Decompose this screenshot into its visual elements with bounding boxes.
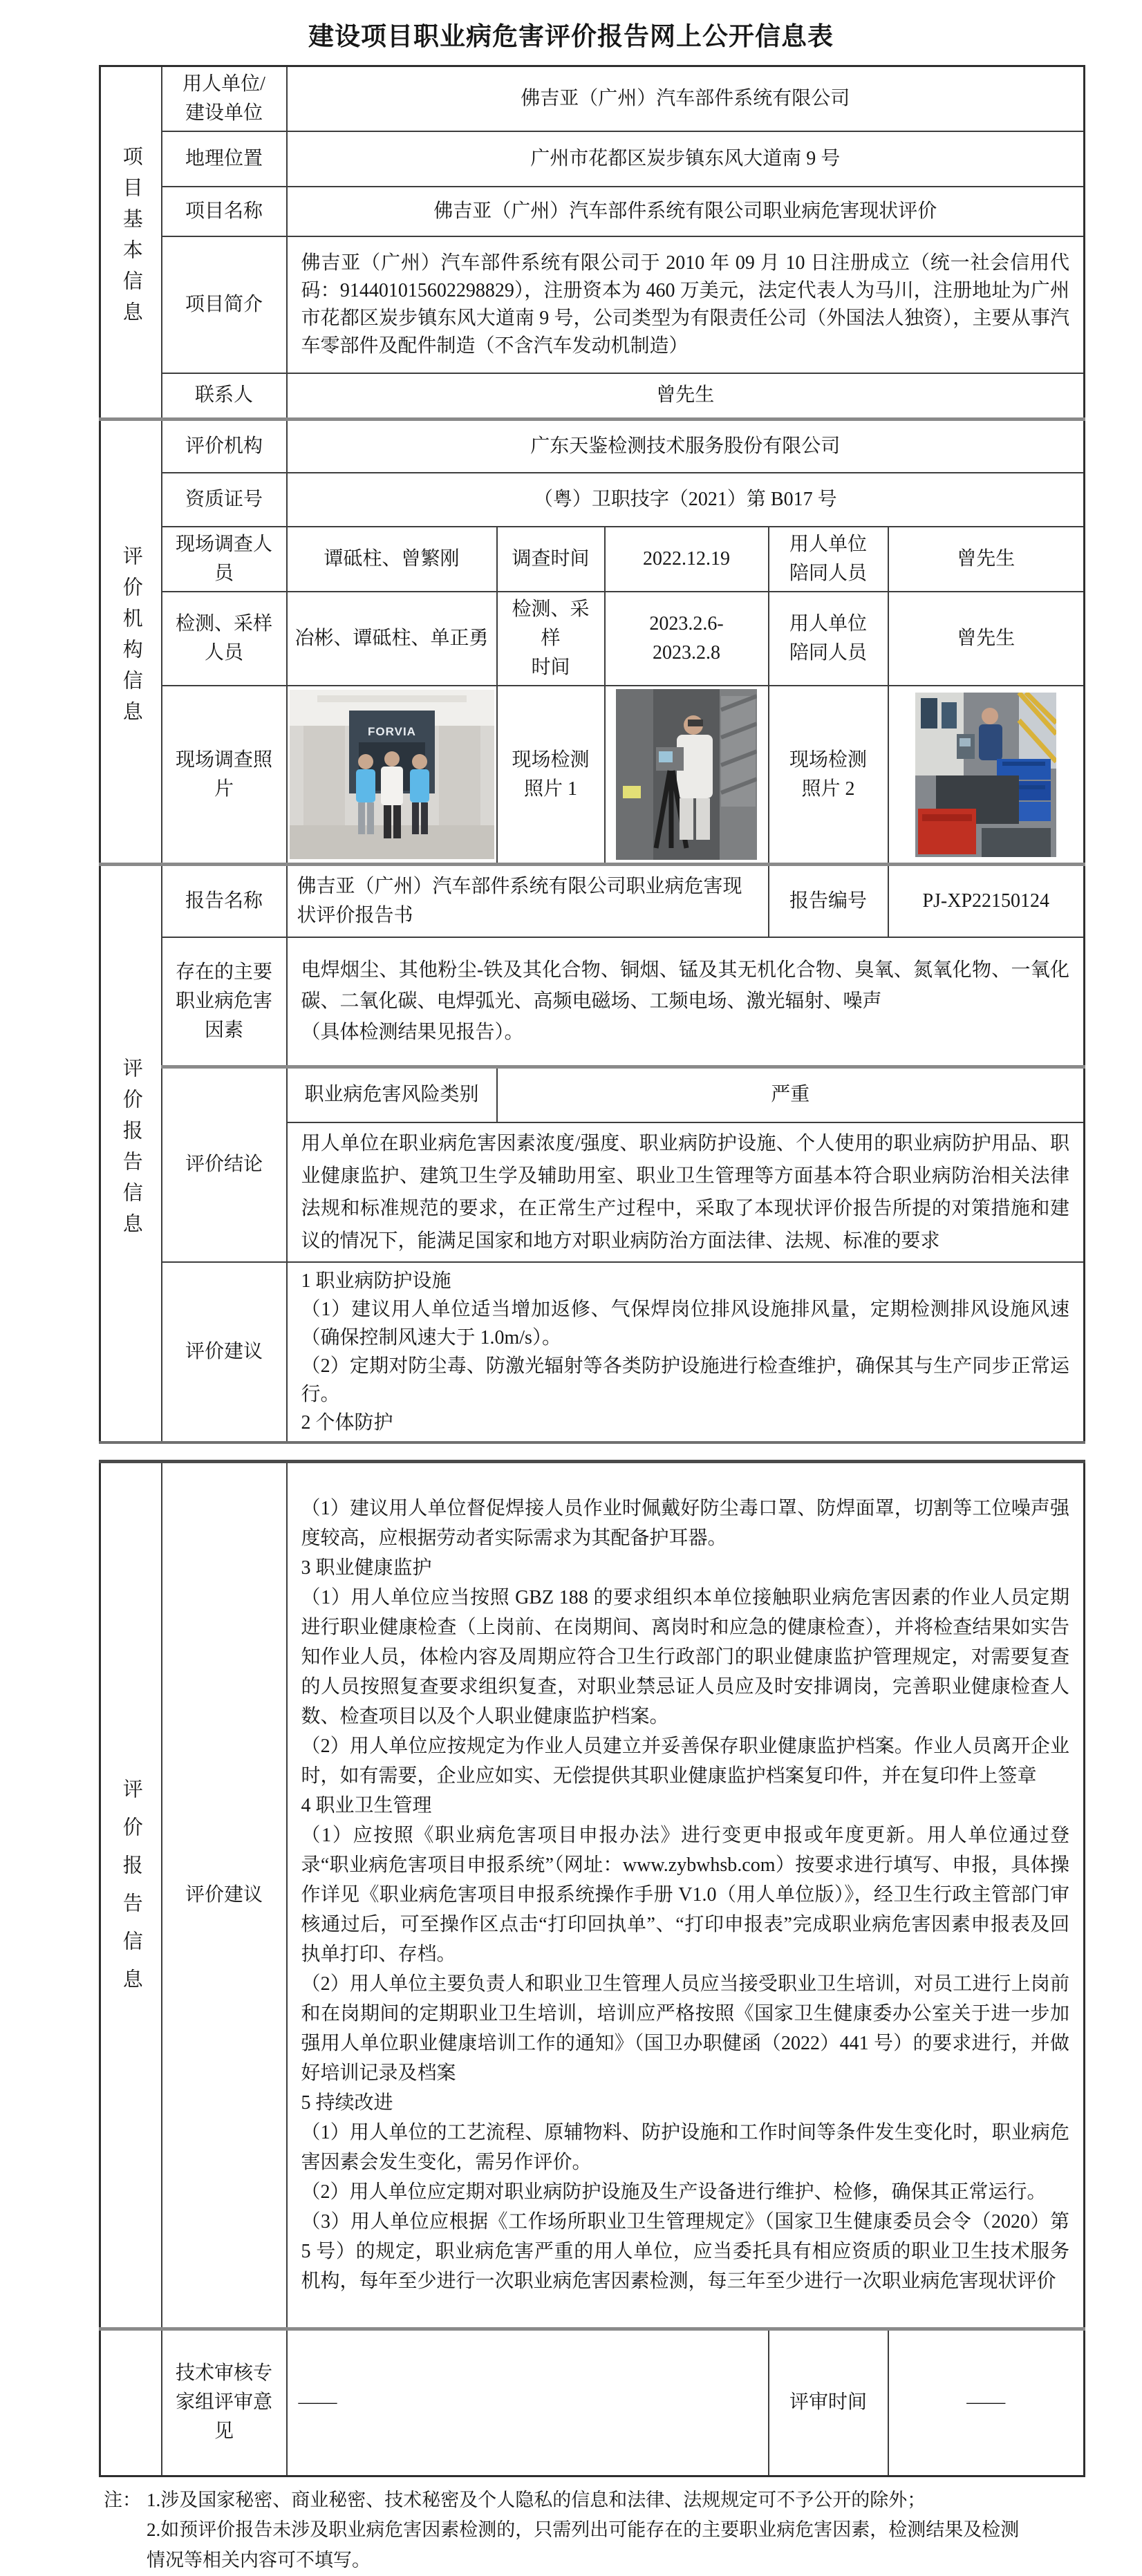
- sampling-time-label: 检测、采样 时间: [497, 592, 605, 686]
- hazards-list: 电焊烟尘、其他粉尘-铁及其化合物、铜烟、锰及其无机化合物、臭氧、氮氧化物、一氧化…: [301, 959, 1070, 1012]
- sampling-escort-value: 曾先生: [888, 592, 1085, 686]
- detection-photo2-label: 现场检测 照片 2: [769, 686, 888, 865]
- conclusion-label: 评价结论: [162, 1067, 287, 1262]
- note-item-1: 1.涉及国家秘密、商业秘密、技术秘密及个人隐私的信息和法律、法规规定可不予公开的…: [147, 2485, 1024, 2516]
- photo-brand-sign: FORVIA: [368, 725, 416, 738]
- survey-escort-label: 用人单位 陪同人员: [769, 527, 888, 592]
- report-no-value: PJ-XP22150124: [888, 865, 1085, 937]
- risk-category-label: 职业病危害风险类别: [287, 1067, 497, 1122]
- employer-value: 佛吉亚（广州）汽车部件系统有限公司: [287, 66, 1085, 132]
- group-header-agency-info: 评价机构信息: [100, 419, 162, 865]
- advice-text-part1: 1 职业病防护设施 （1）建议用人单位适当增加返修、气保焊岗位排风设施排风量，定…: [287, 1262, 1085, 1442]
- project-name-value: 佛吉亚（广州）汽车部件系统有限公司职业病危害现状评价: [287, 187, 1085, 236]
- detection-photo1-image: [616, 689, 757, 860]
- survey-escort-value: 曾先生: [888, 527, 1085, 592]
- project-intro-label: 项目简介: [162, 236, 287, 373]
- group-label-agency-info: 评价机构信息: [121, 545, 141, 732]
- group-label-report-info: 评价报告信息: [121, 1057, 141, 1244]
- survey-staff-label: 现场调查人 员: [162, 527, 287, 592]
- sampling-staff-value: 冶彬、谭砥柱、单正勇: [287, 592, 497, 686]
- sampling-staff-label: 检测、采样 人员: [162, 592, 287, 686]
- detection-photo1-label: 现场检测 照片 1: [497, 686, 605, 865]
- hazards-note: （具体检测结果见报告）。: [301, 1022, 524, 1043]
- detection-photo2-image: [915, 693, 1056, 857]
- review-label: 技术审核专 家组评审意 见: [162, 2329, 287, 2476]
- page-title: 建设项目职业病危害评价报告网上公开信息表: [0, 15, 1142, 53]
- contact-value: 曾先生: [287, 373, 1085, 419]
- advice-text-part2: （1）建议用人单位督促焊接人员作业时佩戴好防尘毒口罩、防焊面罩，切割等工位噪声强…: [287, 1461, 1085, 2329]
- group-header-project-info: 项目基本信息: [100, 66, 162, 420]
- report-name-label: 报告名称: [162, 865, 287, 937]
- advice-label-part2: 评价建议: [162, 1461, 287, 2329]
- info-table-part1: 项目基本信息 用人单位/ 建设单位 佛吉亚（广州）汽车部件系统有限公司 地理位置…: [99, 65, 1085, 1444]
- group-cell-empty: [100, 2329, 162, 2476]
- site-photo-label: 现场调查照 片: [162, 686, 287, 865]
- review-value: ——: [287, 2329, 769, 2476]
- survey-time-value: 2022.12.19: [605, 527, 769, 592]
- advice-label-part1: 评价建议: [162, 1262, 287, 1442]
- info-table-part2: 评价报告信息 评价建议 （1）建议用人单位督促焊接人员作业时佩戴好防尘毒口罩、防…: [99, 1460, 1085, 2477]
- review-time-value: ——: [888, 2329, 1085, 2476]
- agency-org-label: 评价机构: [162, 419, 287, 473]
- group-header-report-info: 评价报告信息: [100, 865, 162, 1442]
- survey-time-label: 调查时间: [497, 527, 605, 592]
- agency-org-value: 广东天鉴检测技术服务股份有限公司: [287, 419, 1085, 473]
- agency-cert-label: 资质证号: [162, 473, 287, 527]
- site-survey-photo: FORVIA: [287, 686, 497, 865]
- sampling-time-value: 2023.2.6- 2023.2.8: [605, 592, 769, 686]
- contact-label: 联系人: [162, 373, 287, 419]
- location-label: 地理位置: [162, 131, 287, 187]
- hazards-label: 存在的主要 职业病危害 因素: [162, 937, 287, 1067]
- group-header-report-info-2: 评价报告信息: [100, 1461, 162, 2329]
- detection-photo1: [605, 686, 769, 865]
- conclusion-text: 用人单位在职业病危害因素浓度/强度、职业病防护设施、个人使用的职业病防护用品、职…: [287, 1122, 1085, 1262]
- location-value: 广州市花都区炭步镇东风大道南 9 号: [287, 131, 1085, 187]
- hazards-value: 电焊烟尘、其他粉尘-铁及其化合物、铜烟、锰及其无机化合物、臭氧、氮氧化物、一氧化…: [287, 937, 1085, 1067]
- report-name-value: 佛吉亚（广州）汽车部件系统有限公司职业病危害现状评价报告书: [287, 865, 769, 937]
- group-label-report-info-2: 评价报告信息: [121, 1778, 141, 2006]
- agency-cert-value: （粤）卫职技字（2021）第 B017 号: [287, 473, 1085, 527]
- risk-category-value: 严重: [497, 1067, 1085, 1122]
- survey-staff-value: 谭砥柱、曾繁刚: [287, 527, 497, 592]
- report-no-label: 报告编号: [769, 865, 888, 937]
- review-time-label: 评审时间: [769, 2329, 888, 2476]
- note-item-2: 2.如预评价报告未涉及职业病危害因素检测的，只需列出可能存在的主要职业病危害因素…: [147, 2515, 1024, 2575]
- site-survey-photo-image: FORVIA: [290, 690, 494, 859]
- employer-label: 用人单位/ 建设单位: [162, 66, 287, 132]
- project-intro-value: 佛吉亚（广州）汽车部件系统有限公司于 2010 年 09 月 10 日注册成立（…: [287, 236, 1085, 373]
- project-name-label: 项目名称: [162, 187, 287, 236]
- sampling-escort-label: 用人单位 陪同人员: [769, 592, 888, 686]
- footnotes: 注： 1.涉及国家秘密、商业秘密、技术秘密及个人隐私的信息和法律、法规规定可不予…: [104, 2485, 1071, 2576]
- detection-photo2: [888, 686, 1085, 865]
- group-label-project-info: 项目基本信息: [121, 146, 141, 332]
- notes-prefix: 注：: [104, 2485, 147, 2576]
